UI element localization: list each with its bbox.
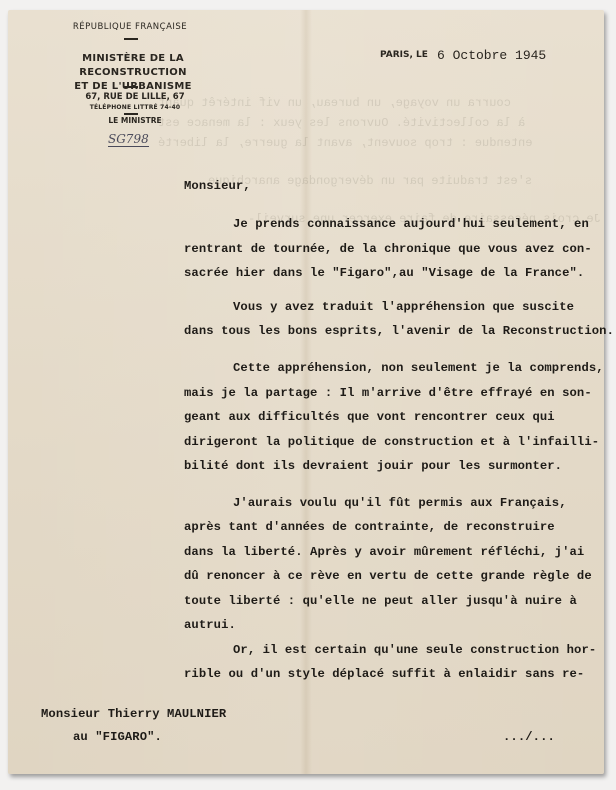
salutation: Monsieur, [184, 179, 251, 193]
bleed-through-text: s'est traduite par un dévergondage anarc… [208, 174, 532, 188]
body-line: J'aurais voulu qu'il fût permis aux Fran… [233, 496, 567, 510]
dateline-place: PARIS, LE [380, 50, 428, 60]
continuation-mark: .../... [503, 730, 555, 744]
body-line: Cette appréhension, non seulement je la … [233, 361, 604, 375]
letterhead-address: 67, RUE DE LILLE, 67 [60, 92, 210, 102]
body-line: dû renoncer à ce rève en vertu de cette … [184, 569, 592, 583]
body-line: autrui. [184, 618, 236, 632]
letterhead-office: LE MINISTRE [60, 116, 210, 125]
body-line: bilité dont ils devraient jouir pour les… [184, 459, 562, 473]
letterhead-republic: RÉPUBLIQUE FRANÇAISE [60, 22, 200, 32]
divider [124, 113, 138, 115]
body-line: après tant d'années de contrainte, de re… [184, 520, 555, 534]
divider [124, 38, 138, 40]
body-line: rentrant de tournée, de la chronique que… [184, 242, 592, 256]
body-line: Or, il est certain qu'une seule construc… [233, 643, 596, 657]
body-line: Je prends connaissance aujourd'hui seule… [233, 217, 589, 231]
bleed-through-text: à la collectivité. Ouvrons les yeux : la… [158, 116, 525, 130]
bleed-through-text: courra un voyage, un bureau, un vif inté… [158, 96, 511, 110]
letterhead-ministry: MINISTÈRE DE LA RECONSTRUCTION ET DE L'U… [38, 52, 228, 94]
body-line: mais je la partage : Il m'arrive d'être … [184, 386, 592, 400]
body-line: rible ou d'un style déplacé suffit à enl… [184, 667, 584, 681]
bleed-through-text: entendue : trop souvent, avant la guerre… [158, 136, 532, 150]
body-line: sacrée hier dans le "Figaro",au "Visage … [184, 266, 584, 280]
dateline-date: 6 Octobre 1945 [437, 48, 546, 63]
body-line: Vous y avez traduit l'appréhension que s… [233, 300, 574, 314]
body-line: geant aux difficultés que vont rencontre… [184, 410, 555, 424]
letterhead-telephone: TÉLÉPHONE LITTRÉ 74-40 [60, 104, 210, 111]
ministry-line-1: MINISTÈRE DE LA RECONSTRUCTION [38, 52, 228, 80]
divider [124, 86, 138, 88]
body-line: dirigeront la politique de construction … [184, 435, 599, 449]
reference-number: SG798 [108, 132, 149, 147]
body-line: dans tous les bons esprits, l'avenir de … [184, 324, 614, 338]
recipient-name: Monsieur Thierry MAULNIER [41, 707, 226, 721]
recipient-paper: au "FIGARO". [73, 730, 162, 744]
body-line: dans la liberté. Après y avoir mûrement … [184, 545, 584, 559]
body-line: toute liberté : qu'elle ne peut aller ju… [184, 594, 577, 608]
